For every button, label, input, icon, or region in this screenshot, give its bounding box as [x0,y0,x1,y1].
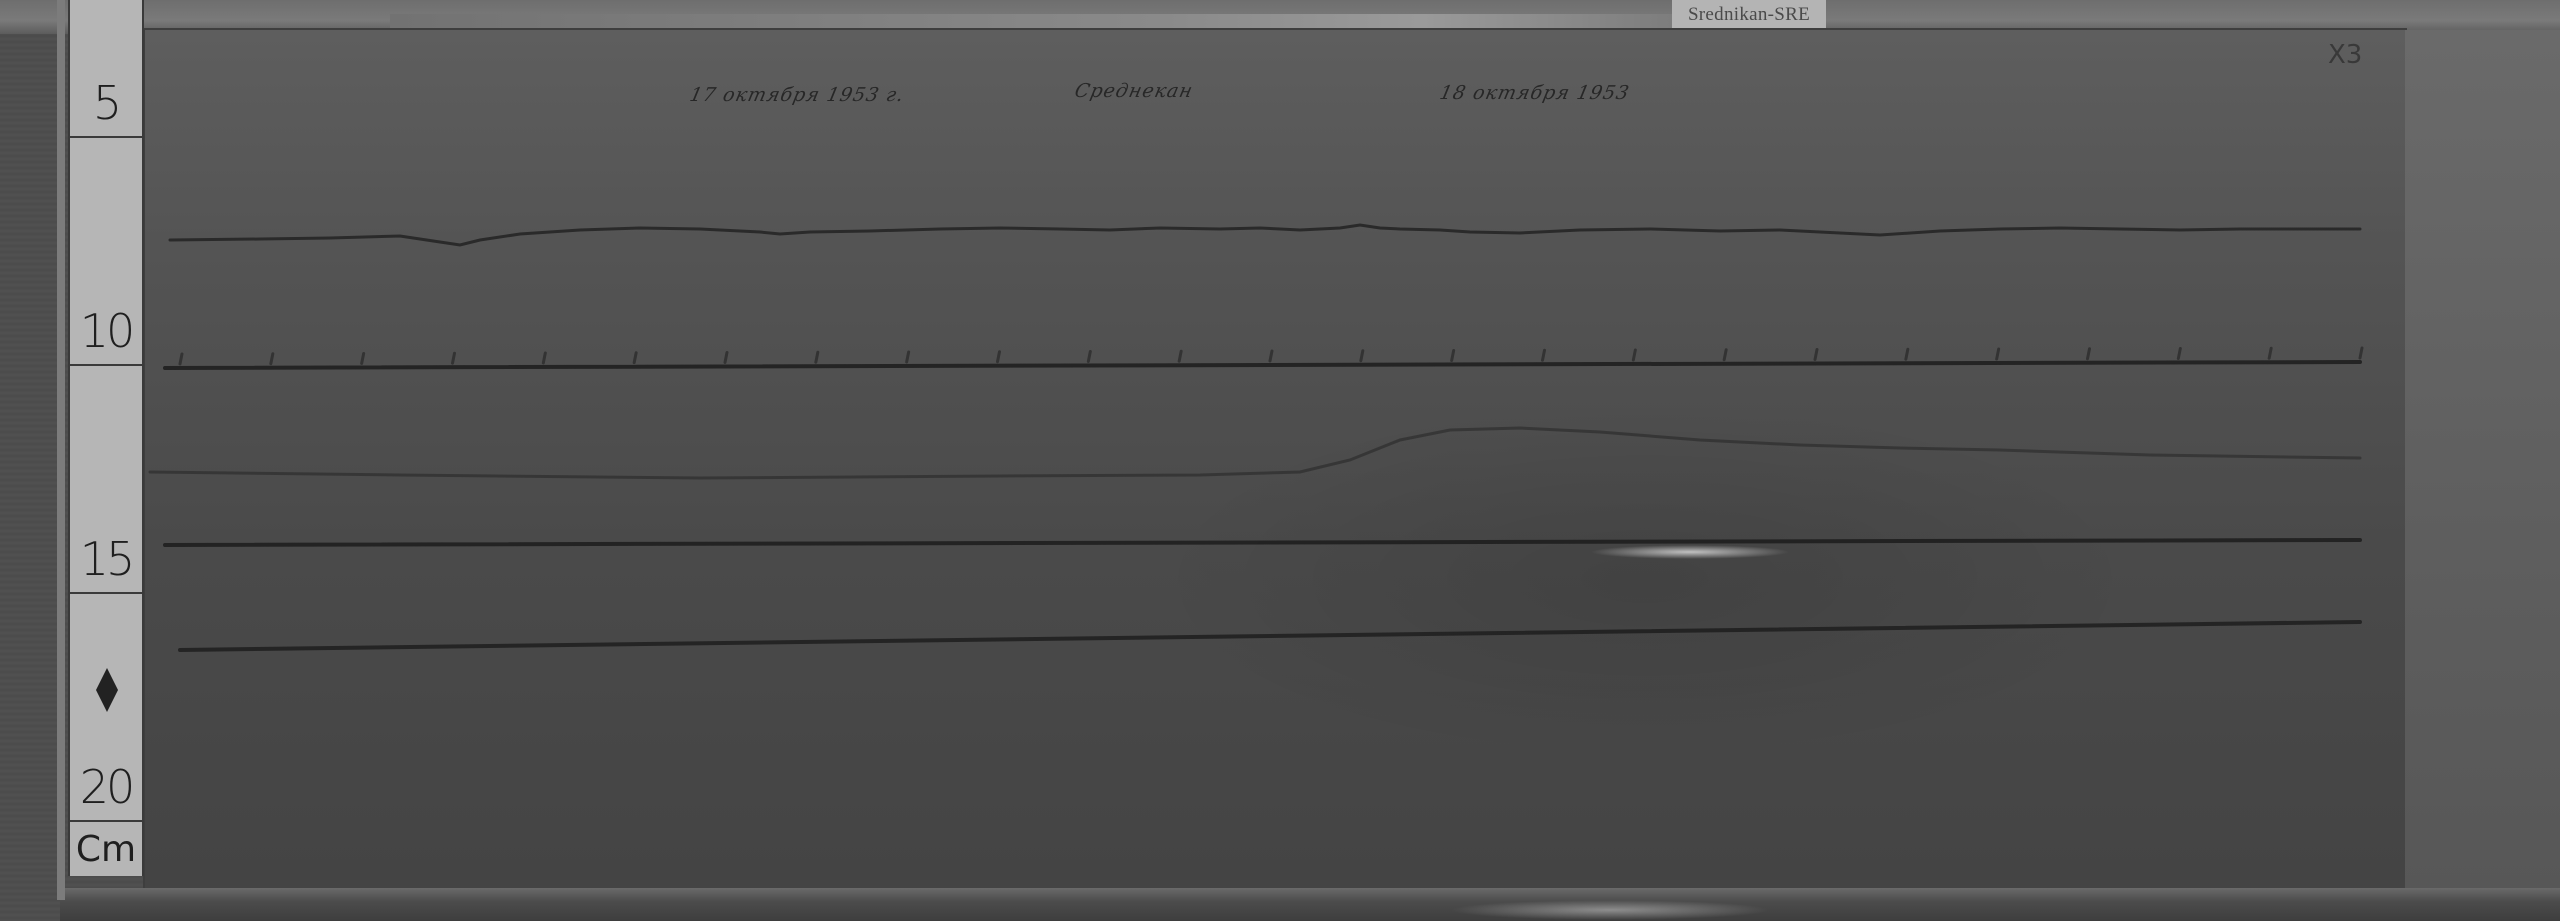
baseline-2 [180,622,2360,650]
hour-tick [2178,348,2180,358]
hour-tick [180,354,182,364]
hour-tick [362,353,364,363]
hour-tick [1906,349,1908,359]
hour-tick [1088,351,1090,361]
time-marks-line [165,362,2360,368]
hour-tick [816,352,818,362]
hour-tick [1179,351,1181,361]
hour-tick [1997,349,1999,359]
hour-tick [725,352,727,362]
hour-tick [1633,350,1635,360]
hour-tick [1452,350,1454,360]
hour-tick [1724,350,1726,360]
hour-tick [2088,349,2090,359]
hour-tick [1361,351,1363,361]
hour-tick [543,353,545,363]
hour-tick [2269,348,2271,358]
hour-tick [271,354,273,364]
hour-tick [998,352,1000,362]
hour-tick [453,353,455,363]
hour-tick [1270,351,1272,361]
hour-tick [2360,348,2362,358]
trace-2 [150,428,2360,478]
hour-tick [1815,349,1817,359]
magnetogram-traces [0,0,2560,921]
ink-glare [1590,545,1790,559]
hour-tick [634,353,636,363]
hour-tick [1543,350,1545,360]
baseline-1 [165,540,2360,545]
trace-1 [170,225,2360,245]
hour-tick [907,352,909,362]
